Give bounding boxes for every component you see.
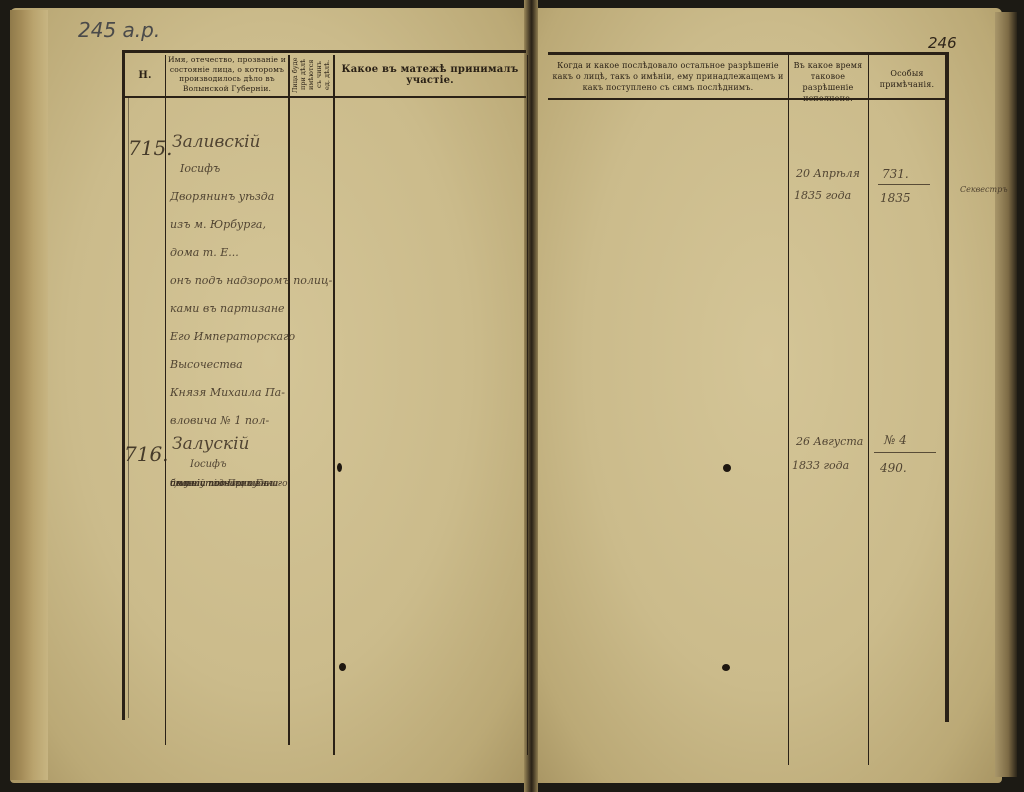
header-notes: Особыя примѣчанiя. [870,68,944,90]
header-name: Имя, отечество, прозванiе и состоянiе ли… [168,55,286,93]
col-divider-4 [527,55,528,755]
text-line: Дворянинъ уѣзда [170,183,332,211]
ink-stain [722,664,730,671]
notes-fraction-line [878,184,930,185]
entry-715-name: Заливскiй [172,128,260,156]
text-line: дома т. Е... [170,239,332,267]
entry-715-number: 715. [128,134,173,162]
entry-715-name-details: Iосифъ Дворянинъ уѣзда изъ м. Юрбурга, д… [170,155,332,435]
right-page [532,8,1002,783]
ink-stain [337,463,342,472]
ink-stain [723,464,731,472]
text-line: Князя Михаила Па- [170,379,332,407]
left-page-edges [10,10,48,780]
text-line: Его Императорскаго [170,323,332,351]
entry-715-notes-number: 731. [882,162,909,186]
entry-716-notes-value: 490. [880,456,907,480]
text-line: Iосифъ [180,155,342,183]
right-table-top-border [548,52,948,55]
notes-fraction-line [874,452,936,453]
entry-715-executed-year: 1835 года [794,184,851,208]
col-divider-6 [868,55,869,765]
col-divider-5 [788,55,789,765]
entry-716-executed-year: 1833 года [792,454,849,478]
header-resolution: Когда и какое послѣдовало остальное разр… [550,60,786,93]
text-line: ками въ партизане [170,295,332,323]
open-ledger-book: 245 a.p. 246 Н. Имя, отечество, прозванi… [0,0,1024,792]
entry-716-number: 716. [124,440,169,468]
text-line: дѣла [170,475,195,495]
left-table-top-border [122,50,526,53]
header-vertical: Лица буде при дѣлѣ имѣются съ чинъ ед. д… [291,56,331,94]
entry-716-executed-date: 26 Августа [796,430,863,454]
ink-stain [339,663,346,671]
entry-716-notes-number: № 4 [884,428,907,452]
left-page-number: 245 a.p. [78,18,160,42]
entry-716-name-details: Iосифъ бывшiй помѣщикъ въ имѣнiи поселок… [170,455,207,475]
right-header-bottom-border [548,98,948,100]
entry-715-executed-date: 20 Апрѣля [796,162,860,186]
header-participation: Какое въ матежѣ принималъ участiе. [336,64,524,86]
text-line: Высочества [170,351,332,379]
entry-715-notes-year: 1835 [880,186,911,210]
header-number: Н. [130,70,160,81]
entry-716-name: Залускiй [172,430,249,458]
right-page-edges [995,12,1017,777]
left-header-bottom-border [122,96,526,98]
text-line: Iосифъ [190,455,227,475]
header-executed: Въ какое время таковое разрѣшенiе исполн… [790,60,866,104]
left-table-inner-border [128,98,129,718]
right-table-outer-border [945,52,949,722]
text-line: онъ подъ надзоромъ полиц- [170,267,332,295]
entry-715-margin-note: Секвестръ [960,184,1008,196]
right-page-number: 246 [928,34,957,52]
left-table-outer-border [122,50,125,720]
text-line: изъ м. Юрбурга, [170,211,332,239]
